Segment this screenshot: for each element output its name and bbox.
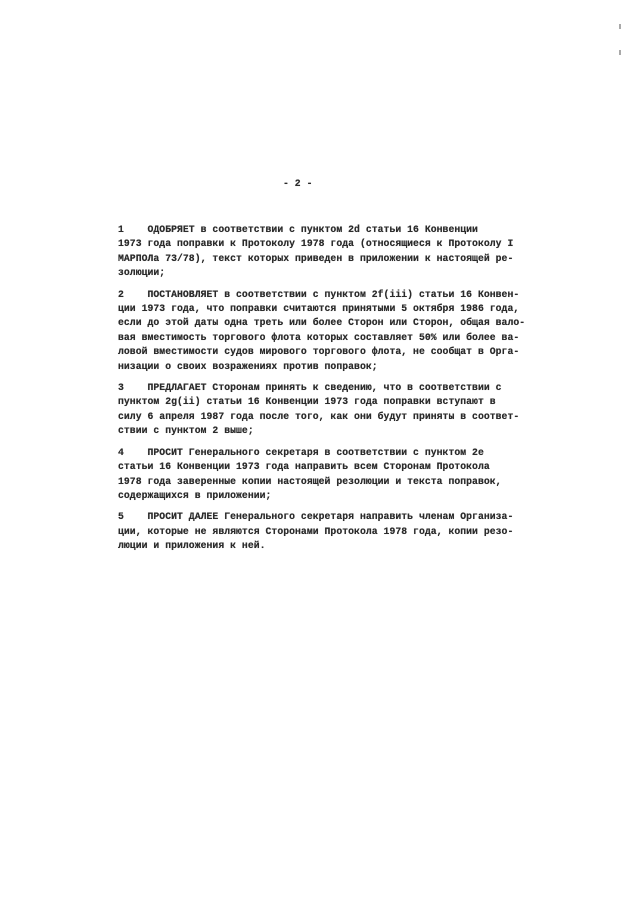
scan-artifact-mark [619, 24, 621, 29]
paragraph-4: 4 ПРОСИТ Генерального секретаря в соотве… [118, 446, 538, 504]
document-body: 1 ОДОБРЯЕТ в соответствии с пунктом 2d с… [118, 223, 538, 561]
scanned-document: { "colors": { "paper": "#ffffff", "ink":… [0, 0, 640, 905]
page-number: - 2 - [283, 177, 313, 191]
paragraph-5: 5 ПРОСИТ ДАЛЕЕ Генерального секретаря на… [118, 510, 538, 553]
document-page: - 2 - 1 ОДОБРЯЕТ в соответствии с пункто… [0, 0, 640, 905]
paragraph-1: 1 ОДОБРЯЕТ в соответствии с пунктом 2d с… [118, 223, 538, 281]
paragraph-3: 3 ПРЕДЛАГАЕТ Сторонам принять к сведению… [118, 381, 538, 439]
paragraph-2: 2 ПОСТАНОВЛЯЕТ в соответствии с пунктом … [118, 288, 538, 374]
scan-artifact-mark [619, 50, 621, 55]
